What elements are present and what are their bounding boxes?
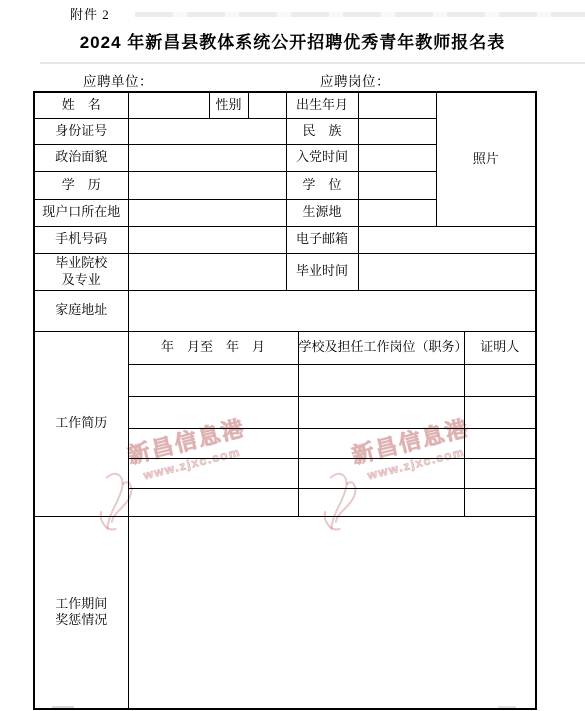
scan-artifact bbox=[135, 12, 585, 17]
resume-school-cell[interactable] bbox=[298, 458, 464, 488]
name-value-cell[interactable] bbox=[128, 92, 209, 118]
page-title: 2024 年新昌县教体系统公开招聘优秀青年教师报名表 bbox=[0, 28, 585, 53]
graduation-date-label-cell: 毕业时间 bbox=[286, 253, 358, 290]
graduation-date-value-cell[interactable] bbox=[358, 253, 536, 290]
degree-label-cell: 学 位 bbox=[286, 171, 358, 199]
mobile-value-cell[interactable] bbox=[128, 226, 286, 253]
resume-witness-cell[interactable] bbox=[464, 428, 536, 458]
work-resume-label-cell: 工作简历 bbox=[34, 331, 128, 516]
table-row: 毕业院校 及专业 毕业时间 bbox=[34, 253, 536, 290]
application-form-table: 姓 名 性别 出生年月 照片 身份证号 民 族 政治面貌 入党时间 学 历 学 … bbox=[33, 91, 537, 710]
name-label-cell: 姓 名 bbox=[34, 92, 128, 118]
party-join-date-label-cell: 入党时间 bbox=[286, 144, 358, 171]
work-awards-label-cell: 工作期间 奖惩情况 bbox=[34, 516, 128, 709]
political-status-label-cell: 政治面貌 bbox=[34, 144, 128, 171]
graduate-school-major-label-cell: 毕业院校 及专业 bbox=[34, 253, 128, 290]
email-label-cell: 电子邮箱 bbox=[286, 226, 358, 253]
attachment-label: 附件 2 bbox=[70, 4, 110, 23]
resume-witness-cell[interactable] bbox=[464, 488, 536, 516]
party-join-date-value-cell[interactable] bbox=[358, 144, 436, 171]
ethnicity-label-cell: 民 族 bbox=[286, 118, 358, 144]
mobile-label-cell: 手机号码 bbox=[34, 226, 128, 253]
resume-period-header-cell: 年 月至 年 月 bbox=[128, 331, 298, 364]
scan-artifact bbox=[40, 62, 585, 64]
table-row: 手机号码 电子邮箱 bbox=[34, 226, 536, 253]
table-row: 姓 名 性别 出生年月 照片 bbox=[34, 92, 536, 118]
degree-value-cell[interactable] bbox=[358, 171, 436, 199]
table-row: 家庭地址 bbox=[34, 290, 536, 331]
resume-period-cell[interactable] bbox=[128, 364, 298, 396]
birth-date-value-cell[interactable] bbox=[358, 92, 436, 118]
resume-school-cell[interactable] bbox=[298, 428, 464, 458]
resume-period-cell[interactable] bbox=[128, 458, 298, 488]
household-location-value-cell[interactable] bbox=[128, 199, 286, 226]
resume-school-cell[interactable] bbox=[298, 364, 464, 396]
resume-period-cell[interactable] bbox=[128, 488, 298, 516]
work-awards-value-cell[interactable] bbox=[128, 516, 536, 709]
resume-school-cell[interactable] bbox=[298, 488, 464, 516]
education-value-cell[interactable] bbox=[128, 171, 286, 199]
resume-witness-cell[interactable] bbox=[464, 364, 536, 396]
resume-witness-header-cell: 证明人 bbox=[464, 331, 536, 364]
resume-period-cell[interactable] bbox=[128, 428, 298, 458]
education-label-cell: 学 历 bbox=[34, 171, 128, 199]
political-status-value-cell[interactable] bbox=[128, 144, 286, 171]
id-number-value-cell[interactable] bbox=[128, 118, 286, 144]
table-row: 工作简历 年 月至 年 月 学校及担任工作岗位（职务） 证明人 bbox=[34, 331, 536, 364]
photo-cell[interactable]: 照片 bbox=[436, 92, 536, 226]
home-address-label-cell: 家庭地址 bbox=[34, 290, 128, 331]
origin-place-value-cell[interactable] bbox=[358, 199, 436, 226]
email-value-cell[interactable] bbox=[358, 226, 536, 253]
id-number-label-cell: 身份证号 bbox=[34, 118, 128, 144]
birth-date-label-cell: 出生年月 bbox=[286, 92, 358, 118]
ethnicity-value-cell[interactable] bbox=[358, 118, 436, 144]
home-address-value-cell[interactable] bbox=[128, 290, 536, 331]
scanned-form-page: 新昌信息港 www.zjxc.com 新昌信息港 www.zjxc.com 附件… bbox=[0, 0, 585, 711]
resume-period-cell[interactable] bbox=[128, 396, 298, 428]
resume-school-header-cell: 学校及担任工作岗位（职务） bbox=[298, 331, 464, 364]
resume-school-cell[interactable] bbox=[298, 396, 464, 428]
household-location-label-cell: 现户口所在地 bbox=[34, 199, 128, 226]
graduate-school-major-value-cell[interactable] bbox=[128, 253, 286, 290]
resume-witness-cell[interactable] bbox=[464, 458, 536, 488]
gender-value-cell[interactable] bbox=[248, 92, 286, 118]
origin-place-label-cell: 生源地 bbox=[286, 199, 358, 226]
gender-label-cell: 性别 bbox=[209, 92, 248, 118]
table-row: 工作期间 奖惩情况 bbox=[34, 516, 536, 709]
resume-witness-cell[interactable] bbox=[464, 396, 536, 428]
applying-position-label: 应聘岗位： bbox=[320, 70, 390, 90]
applying-unit-label: 应聘单位： bbox=[83, 70, 153, 90]
